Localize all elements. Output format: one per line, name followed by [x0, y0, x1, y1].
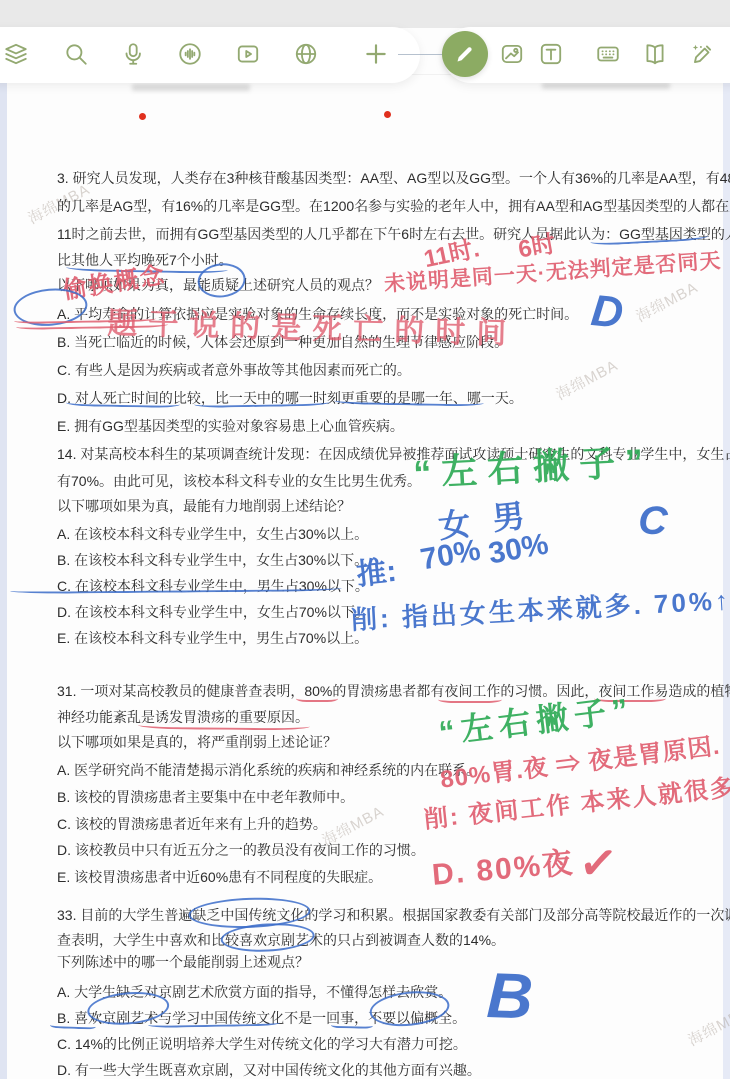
- clipped-text-remnant: [132, 84, 250, 91]
- answer-letter: C: [637, 498, 669, 545]
- globe-icon: [293, 41, 319, 67]
- answer-letter: B: [485, 958, 534, 1034]
- question-stem-line: 以下哪项如果是真的，将严重削弱上述论证？: [57, 732, 337, 752]
- pen-tool-button[interactable]: [442, 31, 488, 77]
- page-edge-left: [0, 75, 7, 1079]
- handwritten-note: 推:: [354, 546, 398, 594]
- option-line: A. 在该校本科文科专业学生中，女生占30%以上。: [57, 524, 368, 544]
- globe-button[interactable]: [288, 36, 324, 72]
- option-line: C. 有些人是因为疾病或者意外事故等其他因素而死亡的。: [57, 360, 411, 380]
- question-stem-line: 的几率是AG型，有16%的几率是GG型。在1200名参与实验的老年人中，拥有AA…: [57, 196, 730, 216]
- reader-tool-icon: [642, 41, 668, 67]
- video-icon: [235, 41, 261, 67]
- image-tool-button[interactable]: [494, 36, 530, 72]
- add-button[interactable]: [358, 36, 394, 72]
- image-tool-icon: [499, 41, 525, 67]
- option-line: E. 在该校本科文科专业学生中，男生占70%以上。: [57, 628, 368, 648]
- pen-tool-icon: [453, 42, 477, 66]
- option-line: C. 14%的比例正说明培养大学生对传统文化的学习大有潜力可挖。: [57, 1034, 467, 1054]
- app-screen: 逻辑 海绵MBA 海绵MBA 海绵MBA 海绵MBA 海绵MBA 3. 研究人员…: [0, 0, 730, 1079]
- keyboard-tool-icon: [595, 41, 621, 67]
- add-icon: [363, 41, 389, 67]
- question-stem-line: 有70%。由此可见，该校本科文科专业的女生比男生优秀。: [57, 471, 421, 491]
- watermark: 海绵MBA: [552, 354, 621, 404]
- ink-underline: [331, 1022, 373, 1029]
- option-line: D. 该校教员中只有近五分之一的教员没有夜间工作的习惯。: [57, 840, 425, 860]
- reader-tool-button[interactable]: [637, 36, 673, 72]
- option-line: E. 该校胃溃疡患者中近60%患有不同程度的失眠症。: [57, 867, 382, 887]
- audio-waveform-icon: [177, 41, 203, 67]
- ai-pen-tool-button[interactable]: [684, 36, 720, 72]
- microphone-icon: [120, 41, 146, 67]
- option-line: D. 有一些大学生既喜欢京剧，又对中国传统文化的其他方面有兴趣。: [57, 1060, 481, 1079]
- video-button[interactable]: [230, 36, 266, 72]
- ai-pen-tool-icon: [689, 41, 715, 67]
- clipped-text-remnant: [542, 82, 670, 89]
- option-line: B. 该校的胃溃疡患者主要集中在中老年教师中。: [57, 787, 354, 807]
- question-stem-line: 3. 研究人员发现，人类存在3种核苷酸基因类型：AA型、AG型以及GG型。一个人…: [57, 168, 730, 188]
- option-line: B. 在该校本科文科专业学生中，女生占30%以下。: [57, 550, 368, 570]
- option-line: C. 该校的胃溃疡患者近年来有上升的趋势。: [57, 814, 327, 834]
- option-line: E. 拥有GG型基因类型的实验对象容易患上心血管疾病。: [57, 416, 404, 436]
- option-line: D. 在该校本科文科专业学生中，女生占70%以下。: [57, 602, 369, 622]
- ink-underline: [296, 695, 338, 702]
- watermark: 海绵MBA: [632, 276, 701, 326]
- question-stem-line: 33. 目前的大学生普遍缺乏中国传统文化的学习和积累。根据国家教委有关部门及部分…: [57, 905, 730, 925]
- search-button[interactable]: [58, 36, 94, 72]
- text-tool-button[interactable]: [533, 36, 569, 72]
- microphone-badge: [139, 113, 146, 120]
- search-icon: [63, 41, 89, 67]
- toolbar-divider: [398, 54, 446, 55]
- check-mark: ✓: [576, 834, 620, 892]
- status-bar: [0, 0, 730, 28]
- add-badge: [384, 111, 391, 118]
- keyboard-tool-button[interactable]: [590, 36, 626, 72]
- question-stem-line: 下列陈述中的哪一个最能削弱上述观点？: [57, 952, 309, 972]
- question-stem-line: 以下哪项如果为真，最能有力地削弱上述结论？: [57, 496, 351, 516]
- microphone-button[interactable]: [115, 36, 151, 72]
- text-tool-icon: [538, 41, 564, 67]
- answer-letter: D: [589, 286, 626, 339]
- layers-icon: [3, 41, 29, 67]
- option-line: A. 医学研究尚不能清楚揭示消化系统的疾病和神经系统的内在联系。: [57, 760, 480, 780]
- layers-button[interactable]: [0, 36, 34, 72]
- audio-waveform-button[interactable]: [172, 36, 208, 72]
